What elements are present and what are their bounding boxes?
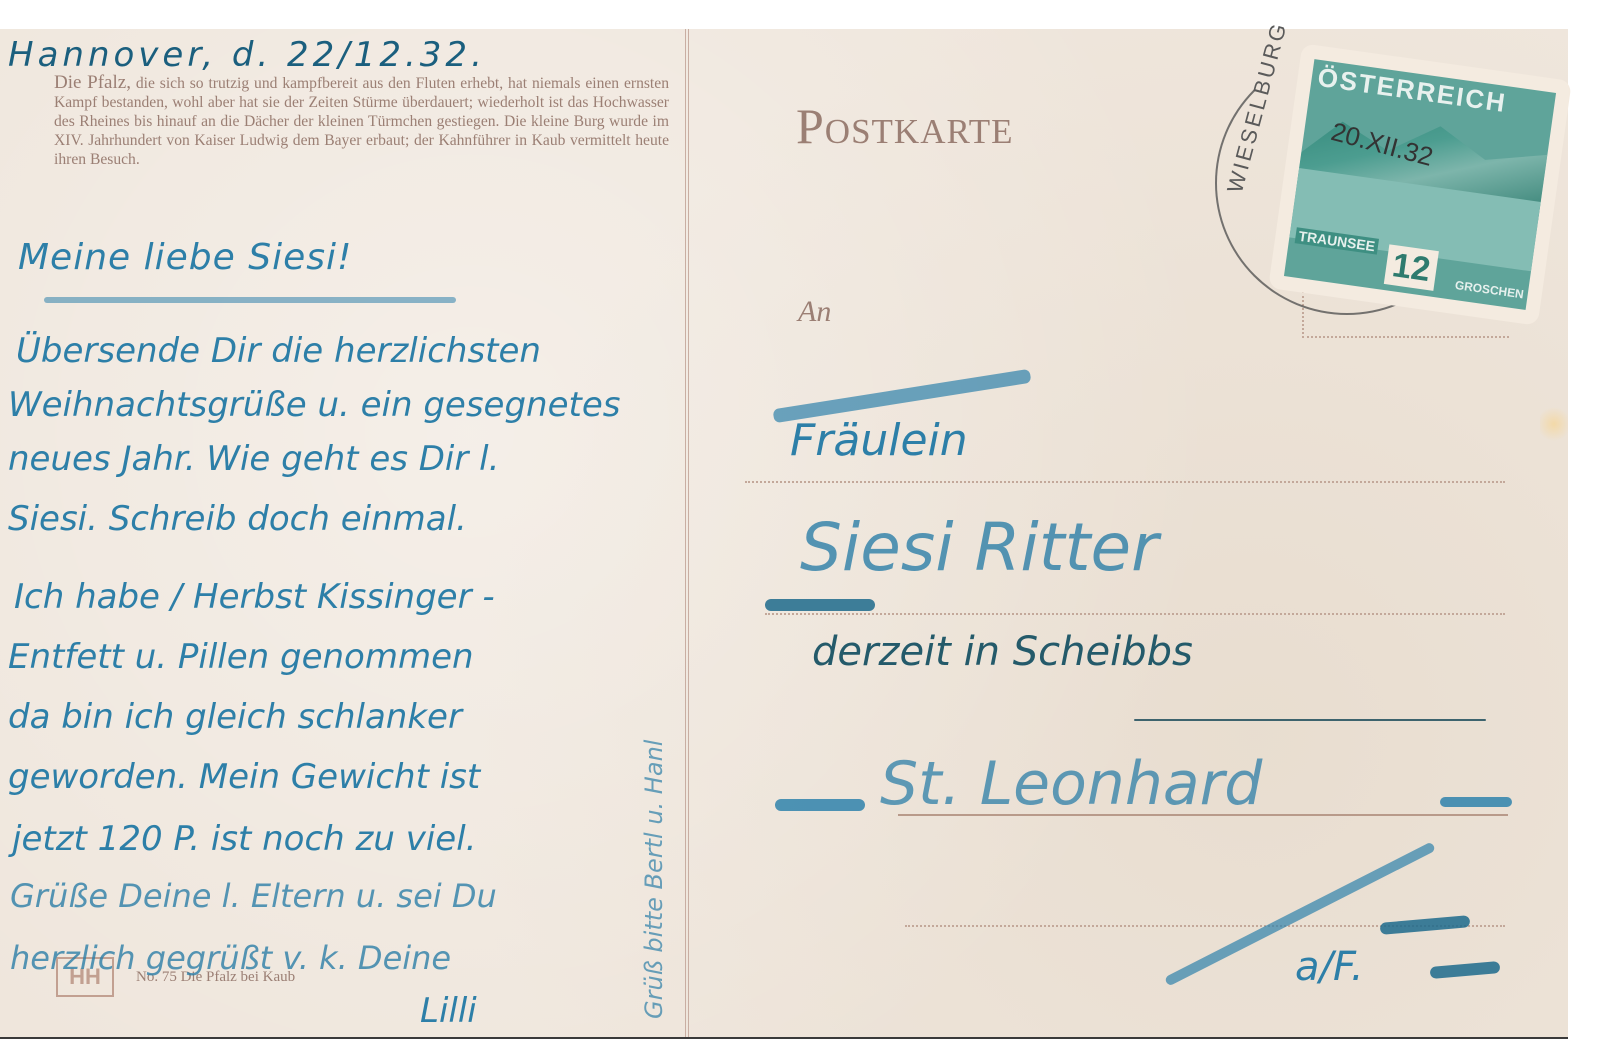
letter-line: Grüße Deine l. Eltern u. sei Du (10, 877, 497, 915)
handwritten-header: Hannover, d. 22/12.32. (8, 35, 486, 75)
stamp-image: ÖSTERREICH TRAUNSEE 12 GROSCHEN (1284, 59, 1556, 310)
letter-line: jetzt 120 P. ist noch zu viel. (12, 819, 476, 859)
description-text: die sich so trutzig und kampfbereit aus … (54, 75, 669, 168)
handwritten-greeting: Meine liebe Siesi! (18, 237, 352, 278)
letter-line: Siesi. Schreib doch einmal. (8, 499, 467, 539)
letter-line: geworden. Mein Gewicht ist (8, 757, 480, 797)
cross-out-stroke (1440, 797, 1512, 807)
address-region: a/F. (1295, 944, 1364, 990)
postcard: Die Pfalz, die sich so trutzig und kampf… (0, 29, 1568, 1039)
description-lead: Die Pfalz, (54, 72, 131, 93)
letter-line: Übersende Dir die herzlichsten (16, 331, 541, 371)
stamp-country: ÖSTERREICH (1316, 62, 1552, 125)
postcard-title: Postkarte (796, 97, 1013, 155)
address-town: St. Leonhard (880, 749, 1262, 819)
paper-damage (1540, 404, 1568, 444)
postage-stamp: ÖSTERREICH TRAUNSEE 12 GROSCHEN (1275, 50, 1565, 319)
cross-out-stroke (1430, 961, 1501, 979)
cross-out-stroke (1380, 915, 1471, 935)
greeting-underline (44, 297, 456, 303)
underline-stroke (765, 599, 875, 611)
letter-line: herzlich gegrüßt v. k. Deine (10, 939, 451, 977)
letter-signature: Lilli (420, 991, 477, 1031)
address-salutation: Fräulein (790, 415, 968, 466)
letter-line: da bin ich gleich schlanker (8, 697, 462, 737)
recipient-label: An (798, 295, 831, 329)
center-divider (685, 29, 689, 1037)
stamp-value: 12 (1384, 244, 1439, 291)
letter-line: Ich habe / Herbst Kissinger - (14, 577, 495, 617)
letter-line: Weihnachtsgrüße u. ein gesegnetes (8, 385, 620, 425)
letter-line: neues Jahr. Wie geht es Dir l. (8, 439, 499, 479)
margin-note: Grüß bitte Bertl u. Hanl (640, 740, 668, 1019)
cross-out-stroke (775, 799, 865, 811)
location-underline (1134, 719, 1486, 721)
address-line-2 (765, 613, 1505, 615)
stamp-unit: GROSCHEN (1454, 278, 1525, 302)
letter-line: Entfett u. Pillen genommen (8, 637, 474, 677)
printed-description: Die Pfalz, die sich so trutzig und kampf… (54, 73, 669, 169)
address-line-1 (745, 481, 1505, 483)
address-location: derzeit in Scheibbs (812, 629, 1193, 675)
address-name: Siesi Ritter (800, 509, 1158, 586)
